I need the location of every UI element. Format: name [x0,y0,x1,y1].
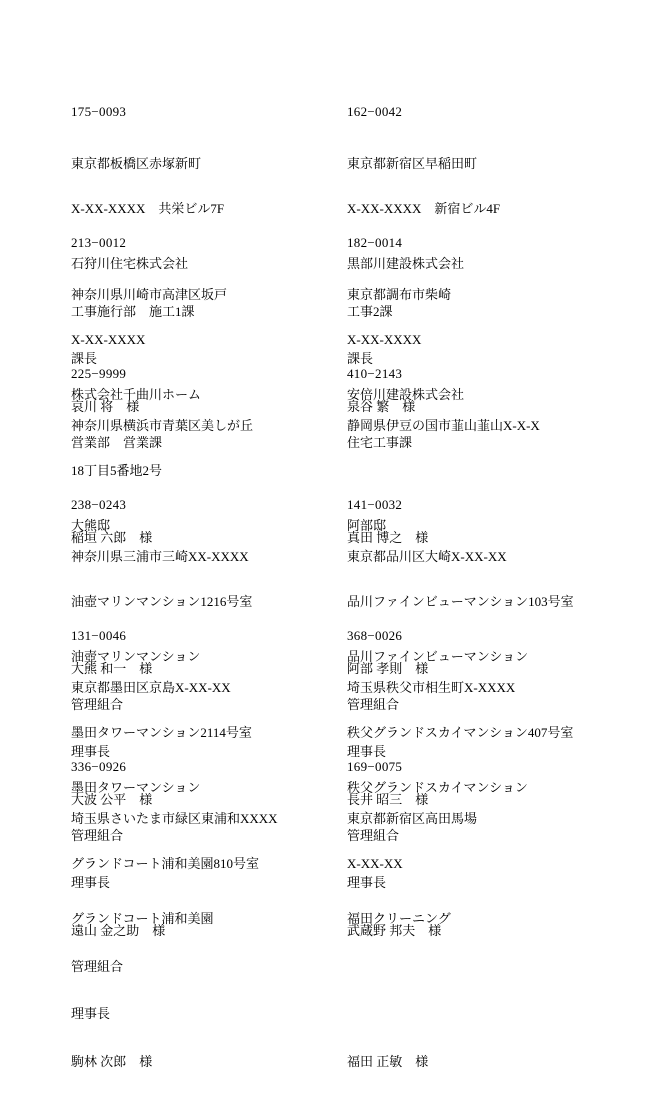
address-label-sheet: 175−0093 東京都板橋区赤塚新町 X-XX-XXXX 共栄ビル7F 石狩川… [0,0,650,919]
address-line-1: 東京都調布市柴崎 [347,288,617,301]
address-line-2: X-XX-XX [347,857,617,879]
address-line-1: 東京都板橋区赤塚新町 [71,157,341,170]
postal-code: 213−0012 [71,236,341,256]
postal-code: 336−0926 [71,760,341,780]
postal-code: 182−0014 [347,236,617,256]
address-line-1: 東京都品川区大崎X-XX-XX [347,550,617,563]
recipient-name: 駒林 次郎 様 [71,1054,341,1070]
postal-code: 368−0026 [347,629,617,649]
address-line-1: 埼玉県秩父市相生町X-XXXX [347,681,617,694]
address-line-1: 東京都新宿区早稲田町 [347,157,617,170]
recipient-name: 福田 正敏 様 [347,1054,617,1070]
postal-code: 175−0093 [71,105,341,125]
company-name: 福田クリーニング [347,911,617,927]
department: 管理組合 [71,959,341,975]
postal-code: 238−0243 [71,498,341,518]
postal-code: 225−9999 [71,367,341,387]
postal-code: 169−0075 [347,760,617,780]
department [347,959,617,975]
job-title: 理事長 [71,1006,341,1022]
job-title [347,1006,617,1022]
address-line-1: 神奈川県三浦市三崎XX-XXXX [71,550,341,563]
address-line-1: 東京都墨田区京島X-XX-XX [71,681,341,694]
address-line-2: グランドコート浦和美園810号室 [71,857,341,879]
address-line-1: 神奈川県横浜市青葉区美しが丘 [71,419,341,432]
postal-code: 131−0046 [71,629,341,649]
address-label: 336−0926 埼玉県さいたま市緑区東浦和XXXX グランドコート浦和美園81… [71,728,341,1102]
postal-code: 410−2143 [347,367,617,387]
postal-code: 141−0032 [347,498,617,518]
address-line-1: 静岡県伊豆の国市韮山韮山X-X-X [347,419,617,432]
address-line-1: 埼玉県さいたま市緑区東浦和XXXX [71,812,341,825]
company-name: グランドコート浦和美園 [71,911,341,927]
address-line-1: 神奈川県川崎市高津区坂戸 [71,288,341,301]
postal-code: 162−0042 [347,105,617,125]
address-line-1: 東京都新宿区高田馬場 [347,812,617,825]
address-label: 169−0075 東京都新宿区高田馬場 X-XX-XX 福田クリーニング 福田 … [347,728,617,1102]
